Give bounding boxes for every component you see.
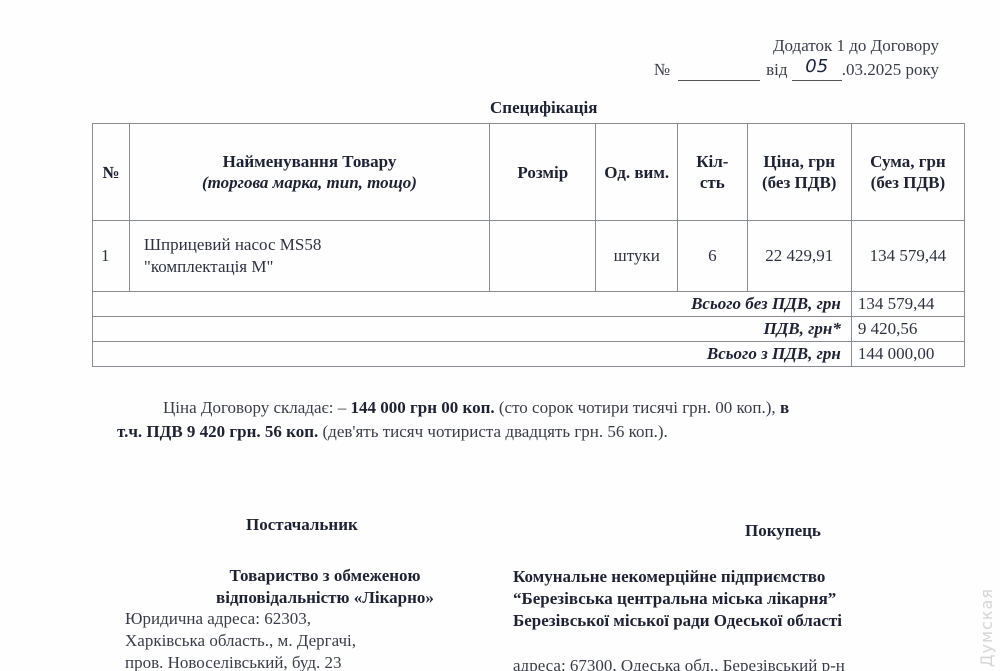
supplier-address: Юридична адреса: 62303, Харківська облас… [125,608,356,671]
supplier-heading: Постачальник [246,515,358,535]
supplier-name: Товариство з обмеженою відповідальністю … [160,565,490,609]
cell-name: Шприцевий насос MS58 "комплектація М" [129,221,489,292]
col-header-sum: Сума, грн (без ПДВ) [851,124,964,221]
total-value: 134 579,44 [851,292,964,317]
contract-vat-words: (дев'ять тисяч чотириста двадцять грн. 5… [318,422,668,441]
addendum-number-date: № від 05.03.2025 року [654,59,939,81]
watermark: Думская [977,588,996,667]
supplier-address-line: Харківська область., м. Дергачі, [125,630,356,652]
buyer-heading: Покупець [745,521,821,541]
contract-price-intro: Ціна Договору складає: – [163,398,351,417]
addendum-title: Додаток 1 до Договору [773,36,939,56]
total-label: Всього без ПДВ, грн [93,292,852,317]
vat-label: ПДВ, грн* [93,317,852,342]
grand-total-value: 144 000,00 [851,342,964,367]
supplier-address-line: пров. Новоселівський, буд. 23 [125,652,356,671]
col-header-number: № [93,124,130,221]
vat-value: 9 420,56 [851,317,964,342]
total-row-with-vat: Всього з ПДВ, грн 144 000,00 [93,342,965,367]
document-page: Додаток 1 до Договору № від 05.03.2025 р… [0,0,1000,671]
supplier-address-line: Юридична адреса: 62303, [125,608,356,630]
col-header-name: Найменування Товару (торгова марка, тип,… [129,124,489,221]
contract-price-words: (сто сорок чотири тисячі грн. 00 коп.), [495,398,780,417]
cell-number: 1 [93,221,130,292]
col-header-price: Ціна, грн (без ПДВ) [747,124,851,221]
total-row-without-vat: Всього без ПДВ, грн 134 579,44 [93,292,965,317]
supplier-name-line1: Товариство з обмеженою [160,565,490,587]
specification-table: № Найменування Товару (торгова марка, ти… [92,123,965,367]
cell-qty: 6 [678,221,748,292]
number-sign: № [654,60,670,79]
supplier-name-line2: відповідальністю «Лікарно» [160,587,490,609]
cell-name-line1: Шприцевий насос MS58 [144,234,483,256]
contract-price-amount: 144 000 грн 00 коп. [351,398,495,417]
total-row-vat: ПДВ, грн* 9 420,56 [93,317,965,342]
col-header-name-sublabel: (торгова марка, тип, тощо) [202,173,417,192]
buyer-name: Комунальне некомерційне підприємство “Бе… [513,566,842,632]
buyer-address: адреса: 67300, Одеська обл., Березівськи… [513,656,845,671]
contract-price-in-that: в [780,398,789,417]
contract-number-blank [678,60,760,81]
buyer-name-line: “Березівська центральна міська лікарня” [513,588,842,610]
buyer-name-line: Березівської міської ради Одеської облас… [513,610,842,632]
cell-unit: штуки [596,221,678,292]
date-day-blank: 05 [792,59,842,81]
col-header-unit: Од. вим. [596,124,678,221]
contract-vat-amount: т.ч. ПДВ 9 420 грн. 56 коп. [117,422,318,441]
cell-name-line2: "комплектація М" [144,256,483,278]
cell-price: 22 429,91 [747,221,851,292]
cell-size [490,221,596,292]
col-header-qty: Кіл-сть [678,124,748,221]
specification-title: Специфікація [490,98,597,118]
cell-sum: 134 579,44 [851,221,964,292]
date-prefix: від [766,60,787,79]
table-header-row: № Найменування Товару (торгова марка, ти… [93,124,965,221]
buyer-name-line: Комунальне некомерційне підприємство [513,566,842,588]
col-header-size: Розмір [490,124,596,221]
table-row: 1 Шприцевий насос MS58 "комплектація М" … [93,221,965,292]
grand-total-label: Всього з ПДВ, грн [93,342,852,367]
contract-price-line-2: т.ч. ПДВ 9 420 грн. 56 коп. (дев'ять тис… [117,422,668,442]
handwritten-day: 05 [805,56,828,77]
date-suffix: .03.2025 року [842,60,939,79]
contract-price-line-1: Ціна Договору складає: – 144 000 грн 00 … [163,398,789,418]
col-header-name-label: Найменування Товару [223,152,397,171]
